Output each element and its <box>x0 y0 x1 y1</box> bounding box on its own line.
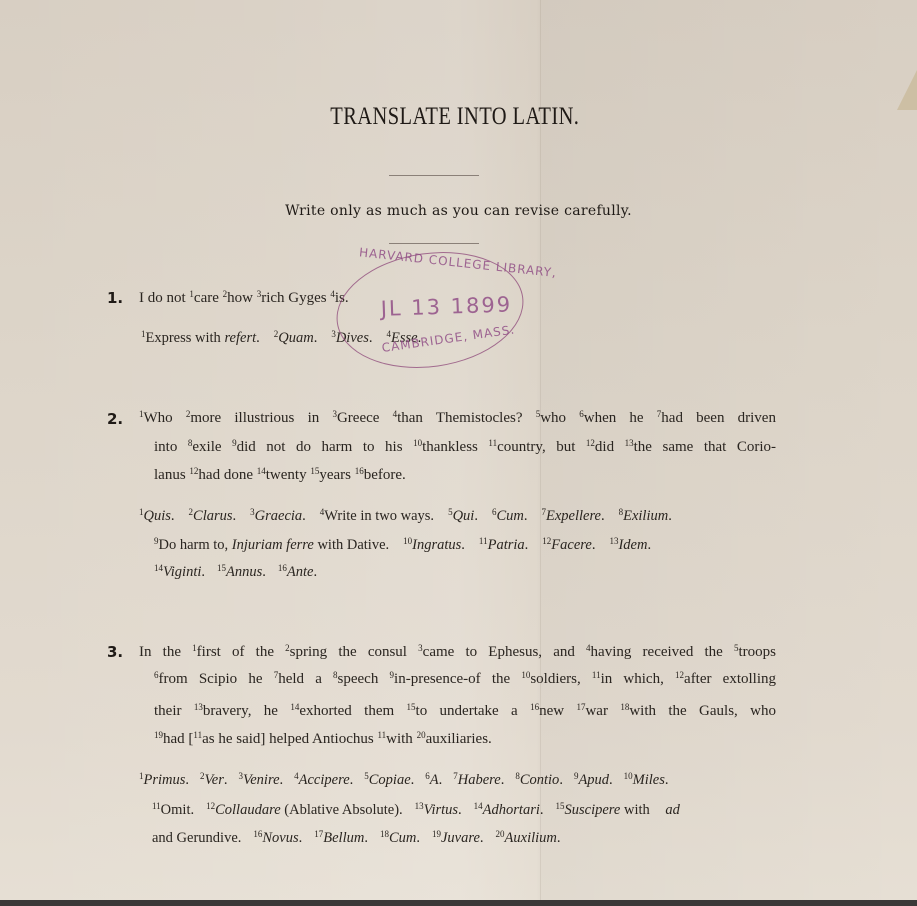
footnote-entry: 5Qui. <box>448 508 478 524</box>
footnote-entry: 6A. <box>425 772 442 788</box>
footnote-marker: 9 <box>154 536 159 546</box>
question-text-line: their 13bravery, he 14exhorted them 15to… <box>154 697 776 726</box>
footnote-marker: 2 <box>223 289 228 299</box>
latin-word: Primus <box>144 772 186 788</box>
footnote-marker: 9 <box>232 438 237 448</box>
question-text-line: I do not 1care 2how 3rich Gyges 4is. <box>139 284 349 313</box>
footnote-marker: 11 <box>592 670 601 680</box>
footnote-marker: 14 <box>290 702 299 712</box>
latin-word: Expellere <box>546 508 601 524</box>
library-stamp: HARVARD COLLEGE LIBRARY, JL 13 1899 CAMB… <box>329 240 531 379</box>
question-number: 3. <box>107 643 123 661</box>
footnote-entry: 1Primus. <box>139 772 189 788</box>
latin-word: ad <box>665 802 680 818</box>
footnote-marker: 17 <box>576 702 585 712</box>
footnote-marker: 2 <box>186 409 191 419</box>
footnote-marker: 3 <box>257 289 262 299</box>
footnote-marker: 15 <box>556 801 565 811</box>
footnote-marker: 3 <box>418 643 423 653</box>
footnote-marker: 4 <box>586 643 591 653</box>
divider-rule <box>389 243 479 244</box>
footnote-entry: 3Graecia. <box>250 508 306 524</box>
latin-word: refert <box>224 330 256 346</box>
latin-word: Apud <box>578 772 609 788</box>
latin-word: Venire <box>243 772 280 788</box>
latin-word: Cum <box>389 830 416 846</box>
footnote-entry: 2Ver. <box>200 772 227 788</box>
footnote-marker: 13 <box>415 801 424 811</box>
footnote-entry: 10Ingratus. <box>403 537 465 553</box>
footnote-marker: 2 <box>285 643 290 653</box>
footnote-marker: 12 <box>189 466 198 476</box>
footnote-marker: 4 <box>393 409 398 419</box>
footnote-marker: 7 <box>657 409 662 419</box>
footnote-marker: 11 <box>488 438 497 448</box>
footnote-marker: 13 <box>194 702 203 712</box>
footnote-marker: 10 <box>403 536 412 546</box>
latin-word: Collaudare <box>215 802 281 818</box>
latin-word: Idem <box>618 537 647 553</box>
footnote-marker: 6 <box>154 670 159 680</box>
latin-word: Miles <box>633 772 665 788</box>
footnote-entry: 7Habere. <box>453 772 504 788</box>
footnote-entry: 16Ante. <box>278 564 317 580</box>
footnote-marker: 10 <box>413 438 422 448</box>
latin-word: Graecia <box>255 508 303 524</box>
footnote-marker: 10 <box>624 771 633 781</box>
footnote-marker: 5 <box>536 409 541 419</box>
latin-word: Copiae <box>369 772 411 788</box>
question-text-line: lanus 12had done 14twenty 15years 16befo… <box>154 461 406 490</box>
footnote-marker: 1 <box>141 329 146 339</box>
latin-word: Annus <box>226 564 262 580</box>
footnote-marker: 14 <box>257 466 266 476</box>
stamp-location: CAMBRIDGE, MASS. <box>381 322 516 355</box>
footnote-entry: 13Idem. <box>609 537 651 553</box>
footnote-entry: 2Quam. <box>274 330 318 346</box>
footnote-entry: 2Clarus. <box>189 508 237 524</box>
footnote-entry: 17Bellum. <box>314 830 368 846</box>
footnote-entry: 20Auxilium. <box>496 830 561 846</box>
latin-word: Novus <box>262 830 298 846</box>
divider-rule <box>389 175 479 176</box>
question-notes-line: 14Viginti.15Annus.16Ante. <box>154 558 317 587</box>
latin-word: Patria <box>488 537 525 553</box>
footnote-marker: 8 <box>188 438 193 448</box>
footnote-entry: 12Collaudare (Ablative Absolute). <box>206 802 403 818</box>
footnote-marker: 1 <box>189 289 194 299</box>
footnote-marker: 15 <box>310 466 319 476</box>
footnote-marker: 18 <box>380 829 389 839</box>
latin-word: A <box>430 772 439 788</box>
latin-word: Cum <box>496 508 523 524</box>
latin-word: Ante <box>287 564 314 580</box>
latin-word: Viginti <box>163 564 201 580</box>
footnote-entry: 4Write in two ways. <box>320 508 434 524</box>
footnote-entry: 11Patria. <box>479 537 528 553</box>
latin-word: Suscipere <box>565 802 621 818</box>
question-notes-line: 1Quis.2Clarus.3Graecia.4Write in two way… <box>139 502 672 531</box>
latin-word: Clarus <box>193 508 233 524</box>
footnote-entry: 1Express with refert. <box>141 330 260 346</box>
latin-word: Qui <box>453 508 475 524</box>
question-notes-line: 11Omit.12Collaudare (Ablative Absolute).… <box>152 796 680 825</box>
latin-word: Contio <box>520 772 559 788</box>
footnote-marker: 5 <box>734 643 739 653</box>
footnote-entry: 19Juvare. <box>432 830 484 846</box>
latin-word: Auxilium <box>505 830 557 846</box>
question-text-line: 1Who 2more illustrious in 3Greece 4than … <box>139 404 776 433</box>
footnote-marker: 9 <box>390 670 395 680</box>
footnote-entry: 13Virtus. <box>415 802 462 818</box>
footnote-marker: 19 <box>432 829 441 839</box>
footnote-entry: 18Cum. <box>380 830 420 846</box>
footnote-marker: 1 <box>139 409 144 419</box>
question-text-line: 6from Scipio he 7held a 8speech 9in-pres… <box>154 665 776 694</box>
question-text-line: into 8exile 9did not do harm to his 10th… <box>154 433 776 462</box>
latin-word: Juvare <box>441 830 480 846</box>
footnote-marker: 16 <box>278 563 287 573</box>
latin-word: Quis <box>144 508 171 524</box>
footnote-marker: 11 <box>377 730 386 740</box>
footnote-entry: 12Facere. <box>542 537 595 553</box>
scanned-page: TRANSLATE INTO LATIN. Write only as much… <box>0 0 917 900</box>
footnote-entry: 15Suscipere with <box>556 802 654 818</box>
footnote-marker: 3 <box>332 409 337 419</box>
footnote-entry: ad <box>665 802 680 818</box>
question-notes-line: 1Primus.2Ver.3Venire.4Accipere.5Copiae.6… <box>139 766 669 795</box>
stamp-library-name: HARVARD COLLEGE LIBRARY, <box>358 245 557 280</box>
footnote-marker: 15 <box>217 563 226 573</box>
footnote-marker: 12 <box>586 438 595 448</box>
footnote-entry: 8Exilium. <box>619 508 672 524</box>
footnote-entry: 9Do harm to, Injuriam ferre with Dative. <box>154 537 389 553</box>
footnote-entry: 15Annus. <box>217 564 266 580</box>
footnote-marker: 11 <box>479 536 488 546</box>
latin-word: Facere <box>551 537 592 553</box>
footnote-marker: 20 <box>417 730 426 740</box>
footnote-entry: 7Expellere. <box>541 508 604 524</box>
footnote-marker: 17 <box>314 829 323 839</box>
footnote-marker: 20 <box>496 829 505 839</box>
footnote-entry: 10Miles. <box>624 772 669 788</box>
footnote-marker: 10 <box>521 670 530 680</box>
latin-word: Ver <box>205 772 224 788</box>
footnote-entry: 11Omit. <box>152 802 194 818</box>
footnote-marker: 11 <box>152 801 161 811</box>
footnote-entry: 16Novus. <box>253 830 302 846</box>
footnote-entry: 14Adhortari. <box>474 802 544 818</box>
footnote-entry: 6Cum. <box>492 508 528 524</box>
footnote-marker: 14 <box>474 801 483 811</box>
instruction-text: Write only as much as you can revise car… <box>0 203 917 219</box>
latin-word: Ingratus <box>412 537 461 553</box>
footnote-marker: 4 <box>320 507 325 517</box>
footnote-marker: 11 <box>193 730 202 740</box>
latin-word: Injuriam ferre <box>232 537 314 553</box>
question-notes-line: 9Do harm to, Injuriam ferre with Dative.… <box>154 531 651 560</box>
footnote-marker: 16 <box>530 702 539 712</box>
question-notes-line: and Gerundive.16Novus.17Bellum.18Cum.19J… <box>152 824 561 853</box>
footnote-marker: 4 <box>330 289 335 299</box>
latin-word: Accipere <box>299 772 350 788</box>
footnote-marker: 1 <box>192 643 197 653</box>
footnote-marker: 12 <box>675 670 684 680</box>
footnote-entry: 14Viginti. <box>154 564 205 580</box>
footnote-marker: 7 <box>274 670 279 680</box>
latin-word: Virtus <box>424 802 458 818</box>
footnote-entry: and Gerundive. <box>152 830 241 846</box>
footnote-marker: 14 <box>154 563 163 573</box>
question-number: 2. <box>107 410 123 428</box>
footnote-marker: 15 <box>407 702 416 712</box>
paper-corner-curl <box>897 70 917 110</box>
viewer-bottom-bar <box>0 900 917 906</box>
footnote-entry: 1Quis. <box>139 508 175 524</box>
footnote-marker: 8 <box>333 670 338 680</box>
question-text-line: 19had [11as he said] helped Antiochus 11… <box>154 725 492 754</box>
footnote-entry: 5Copiae. <box>364 772 414 788</box>
footnote-entry: 3Venire. <box>239 772 284 788</box>
page-title: TRANSLATE INTO LATIN. <box>79 103 831 131</box>
question-number: 1. <box>107 289 123 307</box>
footnote-marker: 12 <box>206 801 215 811</box>
question-text-line: In the 1first of the 2spring the consul … <box>139 638 776 667</box>
stamp-date: JL 13 1899 <box>380 292 512 321</box>
footnote-marker: 13 <box>625 438 634 448</box>
footnote-marker: 19 <box>154 730 163 740</box>
footnote-marker: 18 <box>620 702 629 712</box>
footnote-marker: 6 <box>579 409 584 419</box>
latin-word: Exilium <box>623 508 668 524</box>
footnote-entry: 8Contio. <box>515 772 563 788</box>
latin-word: Adhortari <box>483 802 540 818</box>
footnote-entry: 4Accipere. <box>294 772 353 788</box>
latin-word: Habere <box>458 772 501 788</box>
latin-word: Bellum <box>323 830 364 846</box>
latin-word: Quam <box>278 330 313 346</box>
footnote-marker: 16 <box>355 466 364 476</box>
footnote-marker: 12 <box>542 536 551 546</box>
footnote-entry: 9Apud. <box>574 772 613 788</box>
